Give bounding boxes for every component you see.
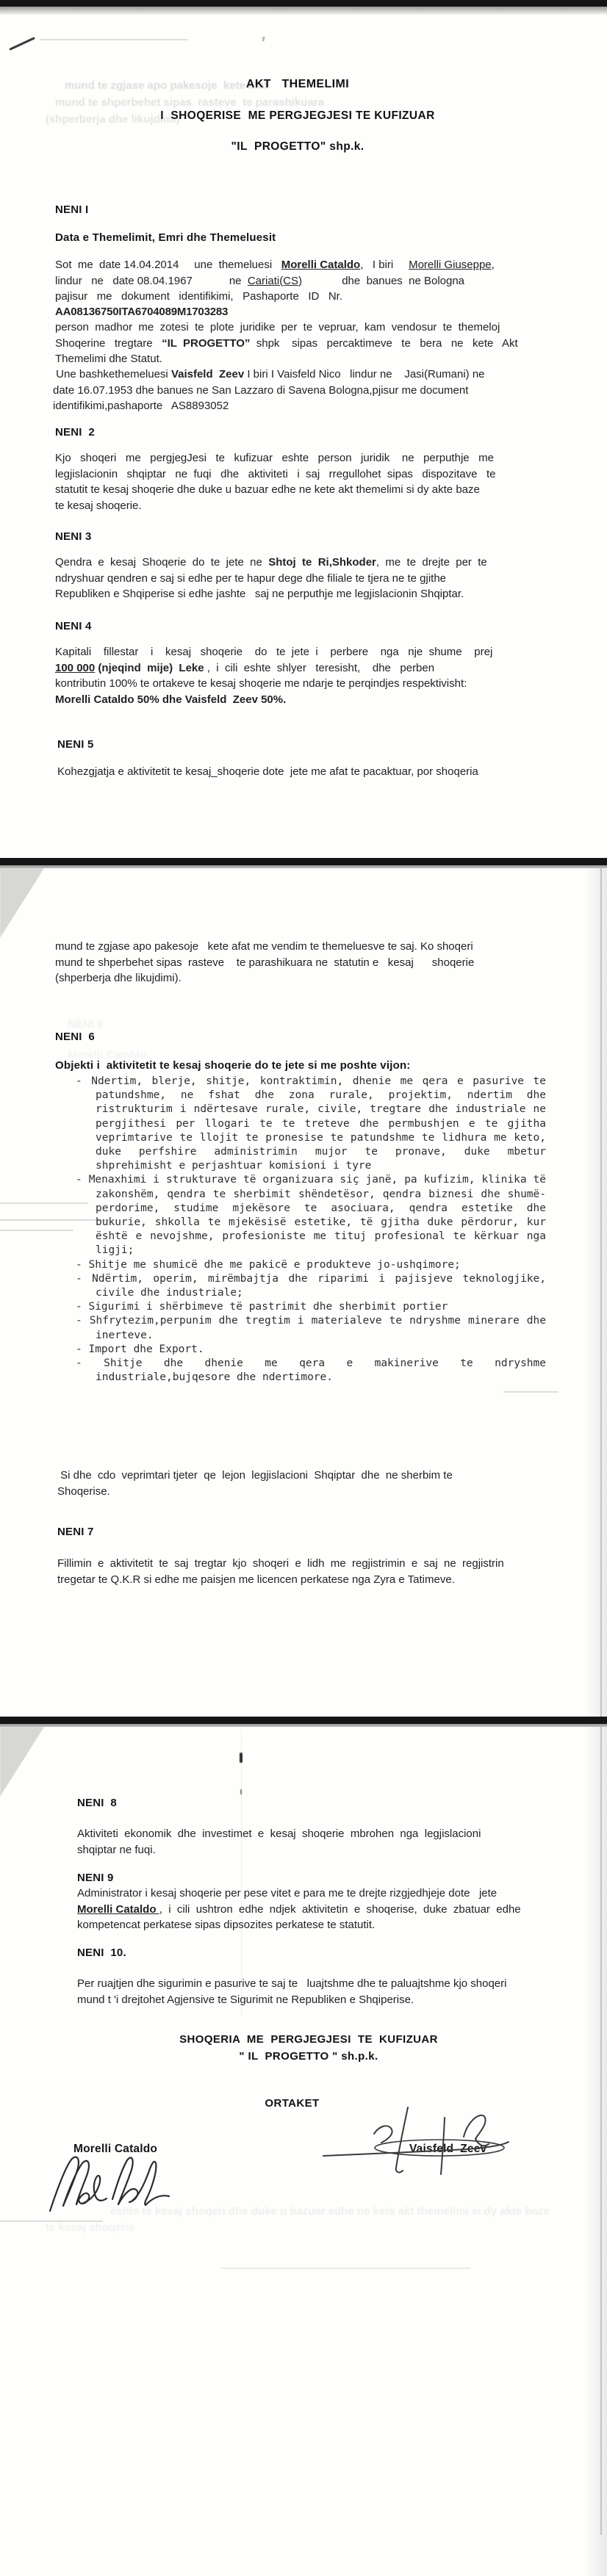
bleed-through-text: eshte te kesaj shoqeri dhe duke u bazuar… [110,2205,550,2218]
neni-3-heading: NENI 3 [55,530,92,544]
neni-1-heading: NENI I [55,203,88,217]
scan-streak [40,39,187,40]
neni-1-paragraph: Sot me date 14.04.2014 une themeluesi Mo… [55,257,584,305]
scan-streak [503,1391,558,1393]
neni-7-paragraph: Fillimin e aktivitetit te saj tregtar kj… [57,1556,586,1587]
scan-edge-glow-top [0,7,607,15]
footer-company-form: SHOQERIA ME PERGJEGJESI TE KUFIZUAR [0,2033,607,2046]
vaisfeld-signature [320,2103,512,2178]
page-separator-1 [0,858,607,865]
scan-streak [220,2267,470,2269]
neni-4-paragraph: Kapitali fillestar i kesaj shoqerie do t… [55,644,584,707]
scan-edge-bar-top [0,0,607,7]
continuation-paragraph: mund te zgjase apo pakesoje kete afat me… [55,939,584,986]
scanned-document: { "page1": { "bleed_lines": [ "mund te z… [0,0,607,2576]
list-item: - Import dhe Export. [76,1343,546,1357]
activity-list: - Ndertim, blerje, shitje, kontraktimin,… [76,1075,546,1385]
fold-crease [241,1730,242,2016]
list-item: - Ndertim, blerje, shitje, kontraktimin,… [76,1075,546,1173]
neni-8-heading: NENI 8 [77,1796,117,1811]
neni-10-heading: NENI 10. [77,1946,126,1960]
footer-company-name: " IL PROGETTO " sh.p.k. [0,2050,607,2063]
company-form-subtitle: I SHOQERISE ME PERGJEGJESI TE KUFIZUAR [0,109,595,123]
bleed-through-text: te kesaj shoqerie [46,2221,135,2234]
neni-1-paragraph-3: Une bashkethemeluesi Vaisfeld Zeev I bir… [53,367,582,414]
neni-5-paragraph: Kohezgjatja e aktivitetit te kesaj_shoqe… [57,764,586,780]
scan-streak [0,1230,73,1231]
list-item: - Menaxhimi i strukturave të organizuara… [76,1173,546,1258]
scan-streak [0,2220,103,2222]
bleed-through-text: mund te shperbehet sipas rasteve te para… [55,96,324,109]
list-item: - Shitje me shumicë dhe me pakicë e prod… [76,1258,546,1272]
neni-6-intro: Objekti i aktivitetit te kesaj shoqerie … [55,1058,411,1073]
neni-8-paragraph: Aktiviteti ekonomik dhe investimet e kes… [77,1826,606,1858]
company-name-title: "IL PROGETTO" shp.k. [0,140,595,154]
passport-number-line: AA08136750ITA6704089M1703283 [55,304,584,320]
neni-5-heading: NENI 5 [57,737,94,752]
neni-1-paragraph-2: person madhor me zotesi te plote juridik… [55,320,584,367]
closing-paragraph: Si dhe cdo veprimtari tjeter qe lejon le… [57,1468,586,1499]
akt-title: AKT THEMELIMI [0,78,595,91]
neni-2-paragraph: Kjo shoqeri me pergjegJesi te kufizuar e… [55,450,584,513]
list-item: - Shfrytezim,perpunim dhe tregtim i mate… [76,1314,546,1342]
bleed-through-text: NENI 9 [68,1018,103,1031]
neni-9-paragraph: Administrator i kesaj shoqerie per pese … [77,1886,606,1933]
ink-speck [240,1753,243,1763]
scan-streak [0,1202,88,1204]
neni-2-heading: NENI 2 [55,425,95,440]
neni-9-heading: NENI 9 [77,1871,114,1886]
ink-speck [240,1789,242,1794]
neni-7-heading: NENI 7 [57,1525,94,1540]
neni-4-heading: NENI 4 [55,619,92,634]
neni-1-subheading: Data e Themelimit, Emri dhe Themeluesit [55,231,276,245]
page-edge-shadow [584,868,607,1717]
page-separator-2 [0,1717,607,1724]
list-item: - Ndërtim, operim, mirëmbajtja dhe ripar… [76,1272,546,1300]
list-item: - Sigurimi i shërbimeve të pastrimit dhe… [76,1300,546,1314]
neni-10-paragraph: Per ruajtjen dhe sigurimin e pasurive te… [77,1976,606,2007]
neni-6-heading: NENI 6 [55,1030,95,1045]
list-item: - Shitje dhe dhenie me qera e makinerive… [76,1357,546,1385]
neni-3-paragraph: Qendra e kesaj Shoqerie do te jete ne Sh… [55,555,584,602]
page-edge-line [600,868,602,1717]
